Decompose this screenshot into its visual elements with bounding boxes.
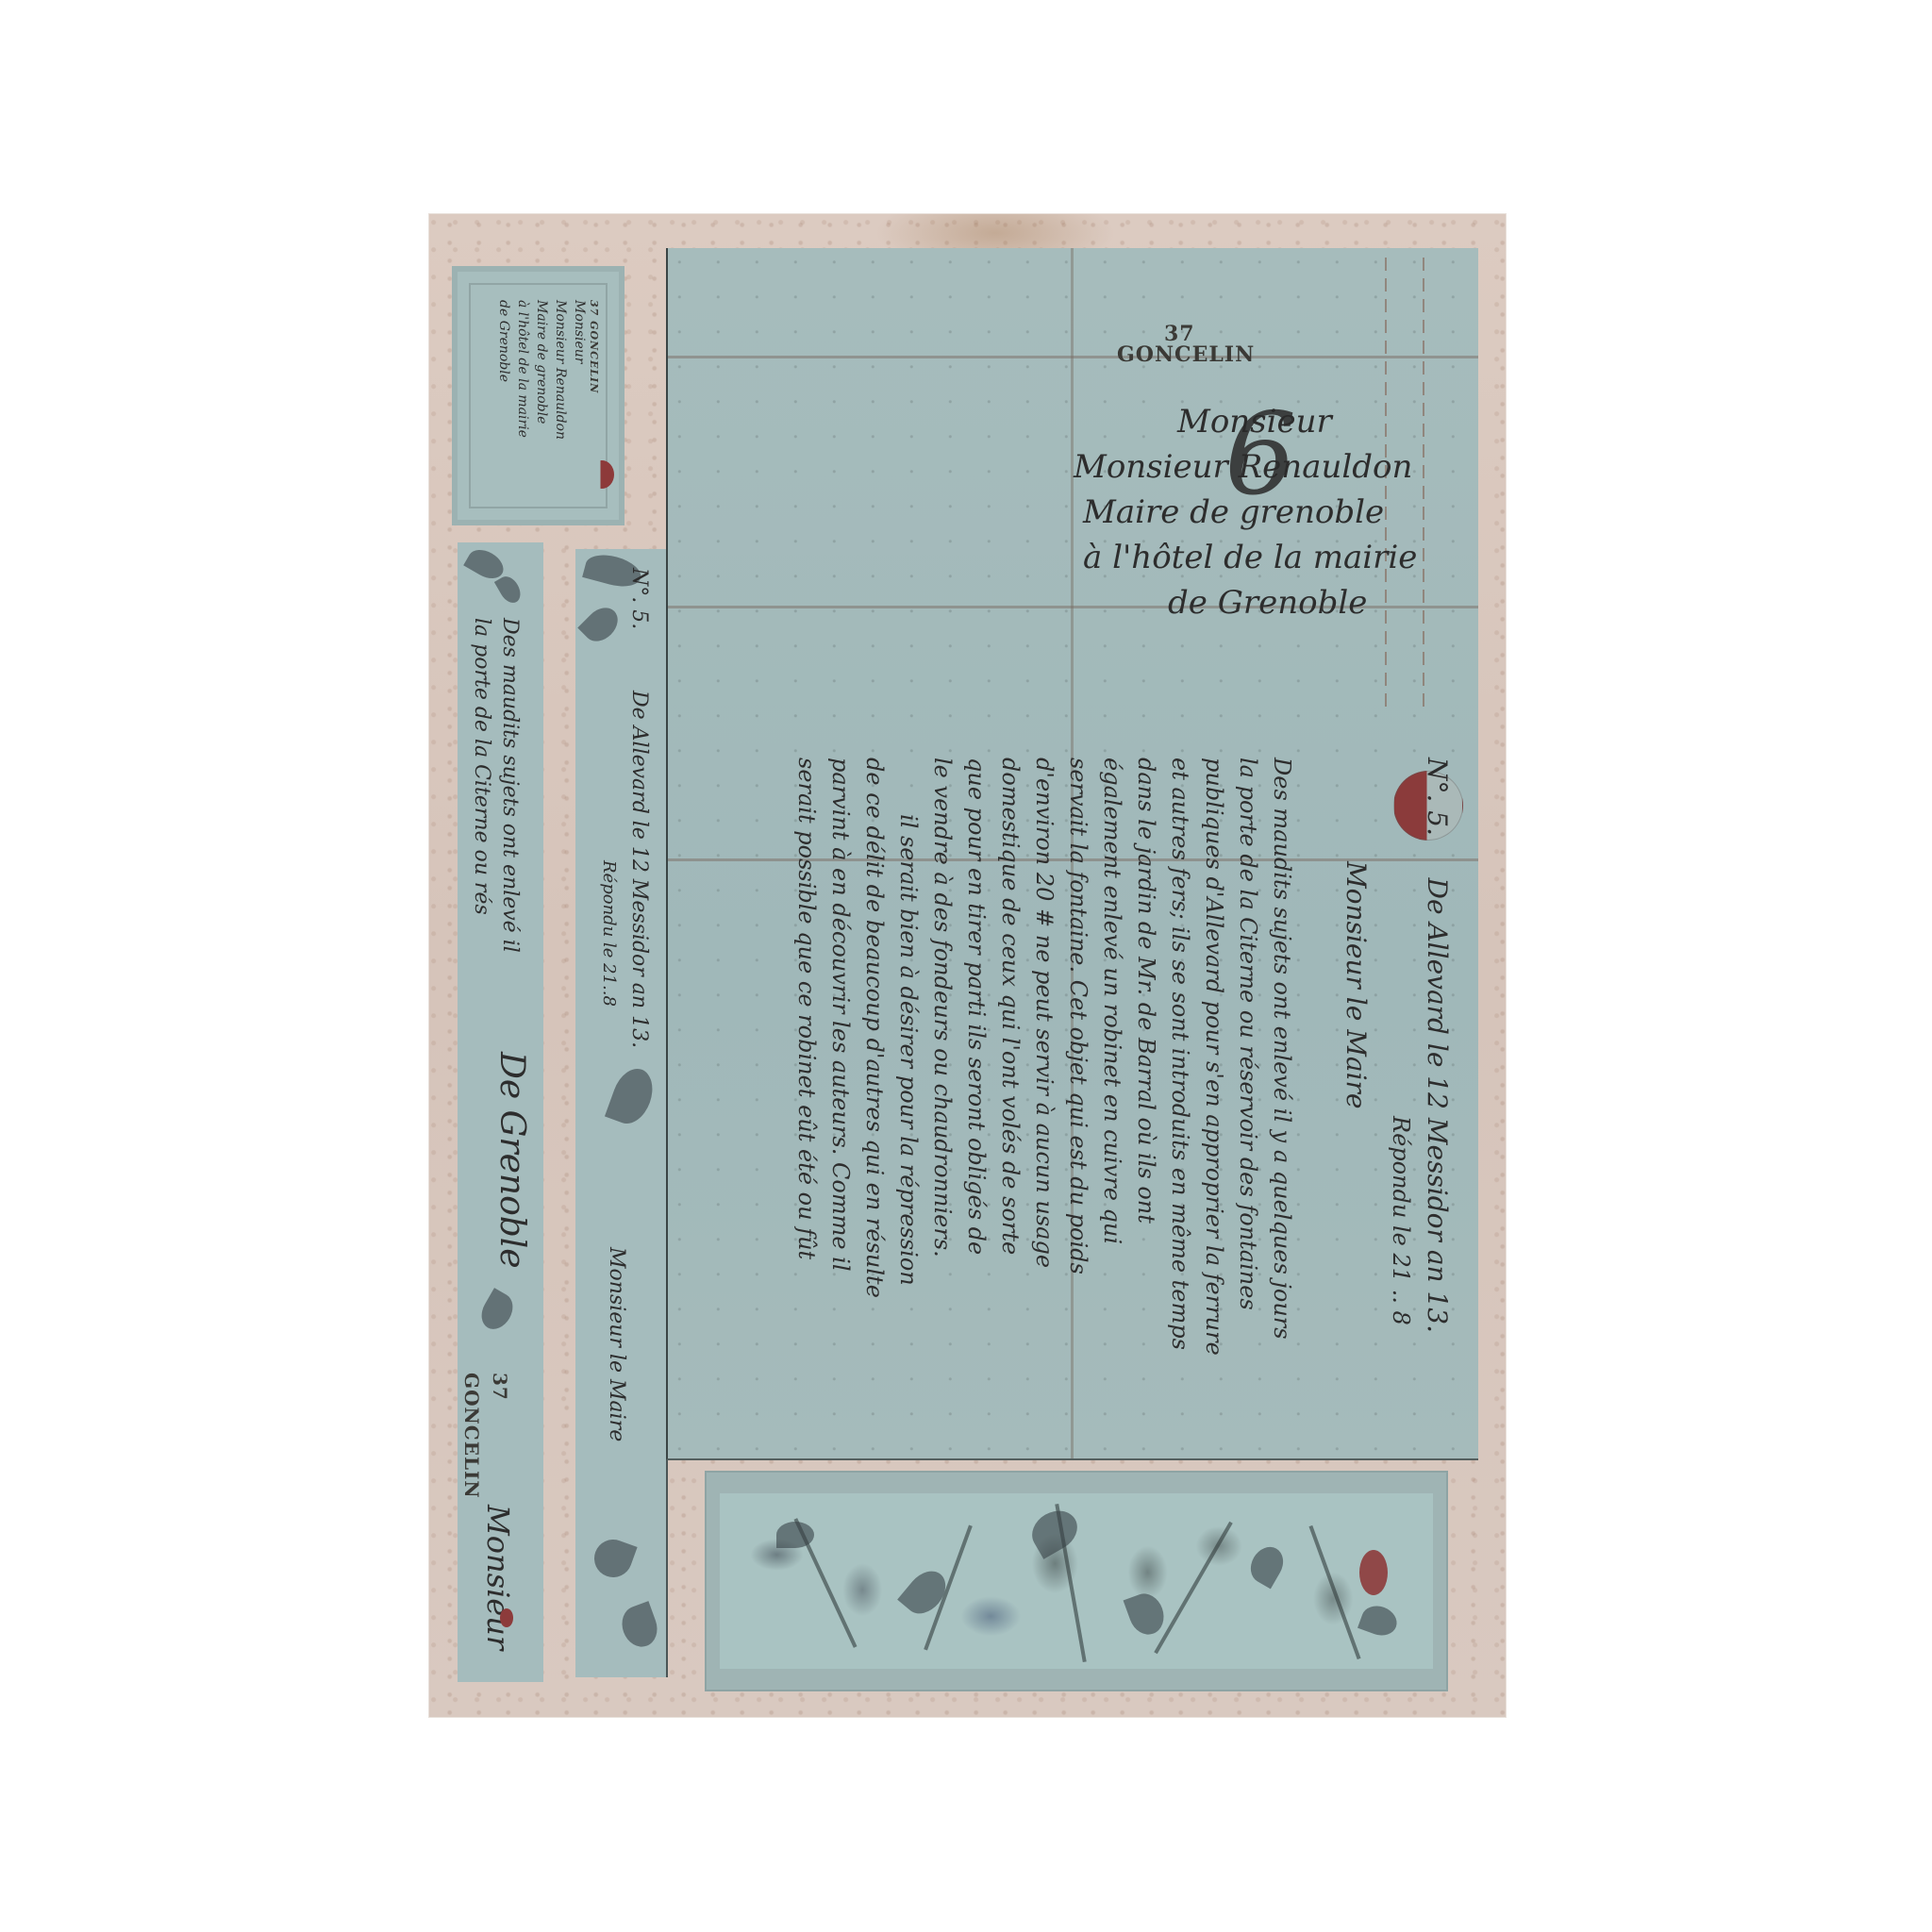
letter-salutation: Monsieur le Maire <box>1337 758 1374 1456</box>
letter-strip-1: Des maudits sujets ont enlevé il la port… <box>458 542 543 1682</box>
postmark: 37 GONCELIN <box>1117 324 1255 365</box>
letter-received: Répondu le 21 .. 8 <box>1384 758 1418 1456</box>
address-line: à l'hôtel de la mairie <box>1074 535 1417 580</box>
main-letter: 37 GONCELIN Monsieur Monsieur Renauldon … <box>666 248 1478 1460</box>
letter-line: il serait bien à désirer pour la répress… <box>891 758 925 1456</box>
letter-date: De Allevard le 12 Messidor an 13. <box>1422 878 1453 1333</box>
letter-line: d'environ 20 # ne peut servir à aucun us… <box>1027 758 1061 1456</box>
small-address-card: 37 GONCELIN Monsieur Monsieur Renauldon … <box>452 266 625 525</box>
faded-margin-note <box>1423 258 1424 710</box>
strip-1-postmark: 37 GONCELIN <box>458 1373 514 1499</box>
floral-sprig-icon <box>475 1288 519 1335</box>
strip-line: la porte de la Citerne ou rés <box>470 618 493 915</box>
letter-line: Des maudits sujets ont enlevé il y a que… <box>1265 758 1299 1456</box>
letter-line: parvint à en découvrir les auteurs. Comm… <box>824 758 858 1456</box>
card-postmark-number: 37 <box>588 300 600 316</box>
leaf-icon <box>1357 1601 1401 1640</box>
floral-sprig-icon <box>617 1601 663 1652</box>
strip-2-salutation: Monsieur le Maire <box>602 1247 630 1441</box>
wax-seal-icon <box>1359 1550 1388 1595</box>
floral-sprig-icon <box>494 573 525 607</box>
letter-line: dans le jardin de Mr. de Barral où ils o… <box>1129 758 1163 1456</box>
card-address: 37 GONCELIN Monsieur Monsieur Renauldon … <box>494 300 599 440</box>
wax-seal-icon <box>590 460 614 489</box>
card-line: Monsieur Renauldon <box>551 300 570 440</box>
letter-line: de ce délit de beaucoup d'autres qui en … <box>858 758 891 1456</box>
strip-2-received: Répondu le 21..8 <box>594 860 623 1007</box>
wax-seal-icon <box>500 1608 513 1627</box>
letter-line: que pour en tirer parti ils seront oblig… <box>959 758 993 1456</box>
card-postmark: 37 GONCELIN <box>589 300 599 440</box>
floral-sprig-icon <box>589 1534 637 1582</box>
postmark-number: 37 <box>1117 324 1255 344</box>
strip-1-text: Des maudits sujets ont enlevé il la port… <box>467 618 524 953</box>
stem-icon <box>1308 1525 1360 1659</box>
leaf-icon <box>1244 1541 1290 1590</box>
letter-body: N°. 5. De Allevard le 12 Messidor an 13.… <box>663 758 1456 1456</box>
floral-panel <box>705 1471 1448 1691</box>
strip-2-ref: N°. 5. <box>625 568 653 629</box>
letter-line: également enlevé un robinet en cuivre qu… <box>1095 758 1129 1456</box>
floral-pattern <box>720 1493 1433 1669</box>
letter-header: N°. 5. De Allevard le 12 Messidor an 13. <box>1418 758 1456 1456</box>
letter-line: domestique de ceux qui l'ont volés de so… <box>993 758 1027 1456</box>
address-line: de Grenoble <box>1074 580 1417 625</box>
floral-sprig-icon <box>605 1063 659 1129</box>
leaf-icon <box>1024 1503 1084 1559</box>
card-line: Maire de grenoble <box>532 300 551 440</box>
letter-line: la porte de la Citerne ou réservoir des … <box>1231 758 1265 1456</box>
letter-line: et autres fers; ils se sont introduits e… <box>1163 758 1197 1456</box>
strip-1-monsieur: Monsieur <box>484 1505 512 1650</box>
stem-icon <box>1154 1522 1232 1655</box>
card-line: Monsieur <box>570 300 589 440</box>
floral-sprig-icon <box>577 601 624 647</box>
postmark-town: GONCELIN <box>1117 344 1255 365</box>
letter-line: publiques d'Allevard pour s'en approprie… <box>1197 758 1231 1456</box>
postage-mark: 6 <box>1224 390 1296 521</box>
strip-1-grenoble: De Grenoble <box>497 1052 525 1269</box>
card-line: de Grenoble <box>494 300 513 440</box>
letter-line: le vendre à des fondeurs ou chaudronnier… <box>925 758 959 1456</box>
leaf-icon <box>1124 1589 1170 1640</box>
letter-strip-2: N°. 5. De Allevard le 12 Messidor an 13.… <box>575 549 668 1677</box>
strip-2-header: De Allevard le 12 Messidor an 13. <box>625 691 653 1048</box>
letter-line: servait la fontaine. Cet objet qui est d… <box>1061 758 1095 1456</box>
letter-ref: N°. 5. <box>1422 758 1453 836</box>
card-postmark-town: GONCELIN <box>588 321 600 393</box>
letter-line: serait possible que ce robinet eût été o… <box>790 758 824 1456</box>
card-line: à l'hôtel de la mairie <box>513 300 532 440</box>
strip-line: Des maudits sujets ont enlevé il <box>498 618 522 953</box>
leaf-icon <box>776 1522 814 1548</box>
